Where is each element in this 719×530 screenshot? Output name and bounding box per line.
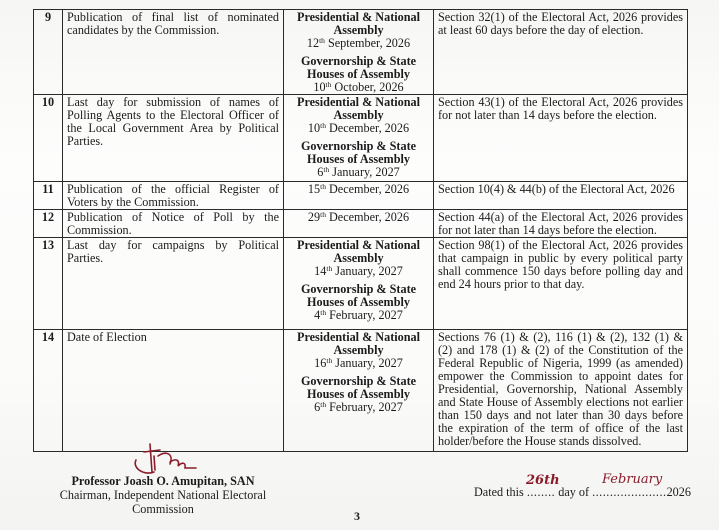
election-group-title: Governorship & State Houses of Assembly [288, 375, 429, 401]
table-row: 14Date of ElectionPresidential & Nationa… [34, 330, 688, 452]
date-day: 14 [314, 264, 326, 278]
dated-prefix: Dated this [474, 485, 527, 499]
election-group-title: Governorship & State Houses of Assembly [288, 140, 429, 166]
handwritten-month: February [602, 472, 662, 487]
date-value: 6th February, 2027 [288, 401, 429, 414]
date-value: 6th January, 2027 [288, 166, 429, 179]
election-group: Presidential & National Assembly16th Jan… [288, 331, 429, 370]
row-number: 10 [34, 95, 63, 182]
election-group: Presidential & National Assembly12th Sep… [288, 11, 429, 50]
date-cell: 15th December, 2026 [284, 182, 434, 210]
legal-basis-cell: Sections 76 (1) & (2), 116 (1) & (2), 13… [434, 330, 688, 452]
row-number: 12 [34, 210, 63, 238]
table-row: 13Last day for campaigns by Political Pa… [34, 238, 688, 330]
page-number: 3 [354, 509, 360, 524]
election-group-title: Governorship & State Houses of Assembly [288, 283, 429, 309]
handwritten-day: 26th [526, 473, 560, 488]
table-row: 11Publication of the official Register o… [34, 182, 688, 210]
dated-middle: day of [555, 485, 592, 499]
date-value: 4th February, 2027 [288, 309, 429, 322]
legal-basis-cell: Section 98(1) of the Electoral Act, 2026… [434, 238, 688, 330]
date-cell: Presidential & National Assembly14th Jan… [284, 238, 434, 330]
row-number: 9 [34, 10, 63, 95]
legal-basis-cell: Section 10(4) & 44(b) of the Electoral A… [434, 182, 688, 210]
date-cell: Presidential & National Assembly16th Jan… [284, 330, 434, 452]
activity-cell: Last day for campaigns by Political Part… [63, 238, 284, 330]
date-day: 10 [308, 121, 320, 135]
election-timetable: 9Publication of final list of nominated … [33, 9, 688, 452]
row-number: 13 [34, 238, 63, 330]
date-value: 10th December, 2026 [288, 122, 429, 135]
election-group-title: Presidential & National Assembly [288, 96, 429, 122]
date-cell: Presidential & National Assembly12th Sep… [284, 10, 434, 95]
date-month-year: January, 2027 [332, 356, 403, 370]
row-number: 11 [34, 182, 63, 210]
activity-cell: Last day for submission of names of Poll… [63, 95, 284, 182]
date-month-year: December, 2026 [326, 182, 409, 196]
election-group: Presidential & National Assembly14th Jan… [288, 239, 429, 278]
election-group-title: Governorship & State Houses of Assembly [288, 55, 429, 81]
activity-cell: Publication of the official Register of … [63, 182, 284, 210]
date-day: 15 [308, 182, 320, 196]
date-month-year: February, 2027 [326, 308, 403, 322]
signatory-title: Chairman, Independent National Electoral… [32, 488, 294, 516]
date-month-year: October, 2026 [331, 80, 403, 94]
legal-basis-cell: Section 44(a) of the Electoral Act, 2026… [434, 210, 688, 238]
activity-cell: Date of Election [63, 330, 284, 452]
date-day: 12 [307, 36, 319, 50]
date-month-year: December, 2026 [326, 210, 409, 224]
date-cell: 29th December, 2026 [284, 210, 434, 238]
date-value: 15th December, 2026 [288, 183, 429, 196]
date-day: 16 [314, 356, 326, 370]
date-value: 10th October, 2026 [288, 81, 429, 94]
election-group: Governorship & State Houses of Assembly1… [288, 55, 429, 94]
table-row: 12Publication of Notice of Poll by the C… [34, 210, 688, 238]
legal-basis-cell: Section 32(1) of the Electoral Act, 2026… [434, 10, 688, 95]
election-group: Governorship & State Houses of Assembly4… [288, 283, 429, 322]
date-month-year: February, 2027 [326, 400, 403, 414]
dated-line: Dated this ........ day of .............… [474, 485, 691, 500]
election-group: Governorship & State Houses of Assembly6… [288, 140, 429, 179]
month-blank: ..................... [592, 485, 666, 499]
election-group-title: Presidential & National Assembly [288, 239, 429, 265]
date-day: 29 [308, 210, 320, 224]
election-group-title: Presidential & National Assembly [288, 11, 429, 37]
table-row: 10Last day for submission of names of Po… [34, 95, 688, 182]
signature-mark [130, 442, 202, 478]
date-value: 14th January, 2027 [288, 265, 429, 278]
date-month-year: December, 2026 [326, 121, 409, 135]
activity-cell: Publication of Notice of Poll by the Com… [63, 210, 284, 238]
date-value: 12th September, 2026 [288, 37, 429, 50]
date-month-year: September, 2026 [325, 36, 410, 50]
date-cell: Presidential & National Assembly10th Dec… [284, 95, 434, 182]
row-number: 14 [34, 330, 63, 452]
election-group: Governorship & State Houses of Assembly6… [288, 375, 429, 414]
date-day: 10 [313, 80, 325, 94]
signatory-block: Professor Joash O. Amupitan, SAN Chairma… [32, 474, 294, 516]
table-row: 9Publication of final list of nominated … [34, 10, 688, 95]
signatory-name: Professor Joash O. Amupitan, SAN [32, 474, 294, 488]
activity-cell: Publication of final list of nominated c… [63, 10, 284, 95]
date-value: 16th January, 2027 [288, 357, 429, 370]
dated-year: 2026 [667, 485, 691, 499]
election-group-title: Presidential & National Assembly [288, 331, 429, 357]
date-month-year: January, 2027 [332, 264, 403, 278]
date-month-year: January, 2027 [329, 165, 400, 179]
election-group: Presidential & National Assembly10th Dec… [288, 96, 429, 135]
date-value: 29th December, 2026 [288, 211, 429, 224]
legal-basis-cell: Section 43(1) of the Electoral Act, 2026… [434, 95, 688, 182]
